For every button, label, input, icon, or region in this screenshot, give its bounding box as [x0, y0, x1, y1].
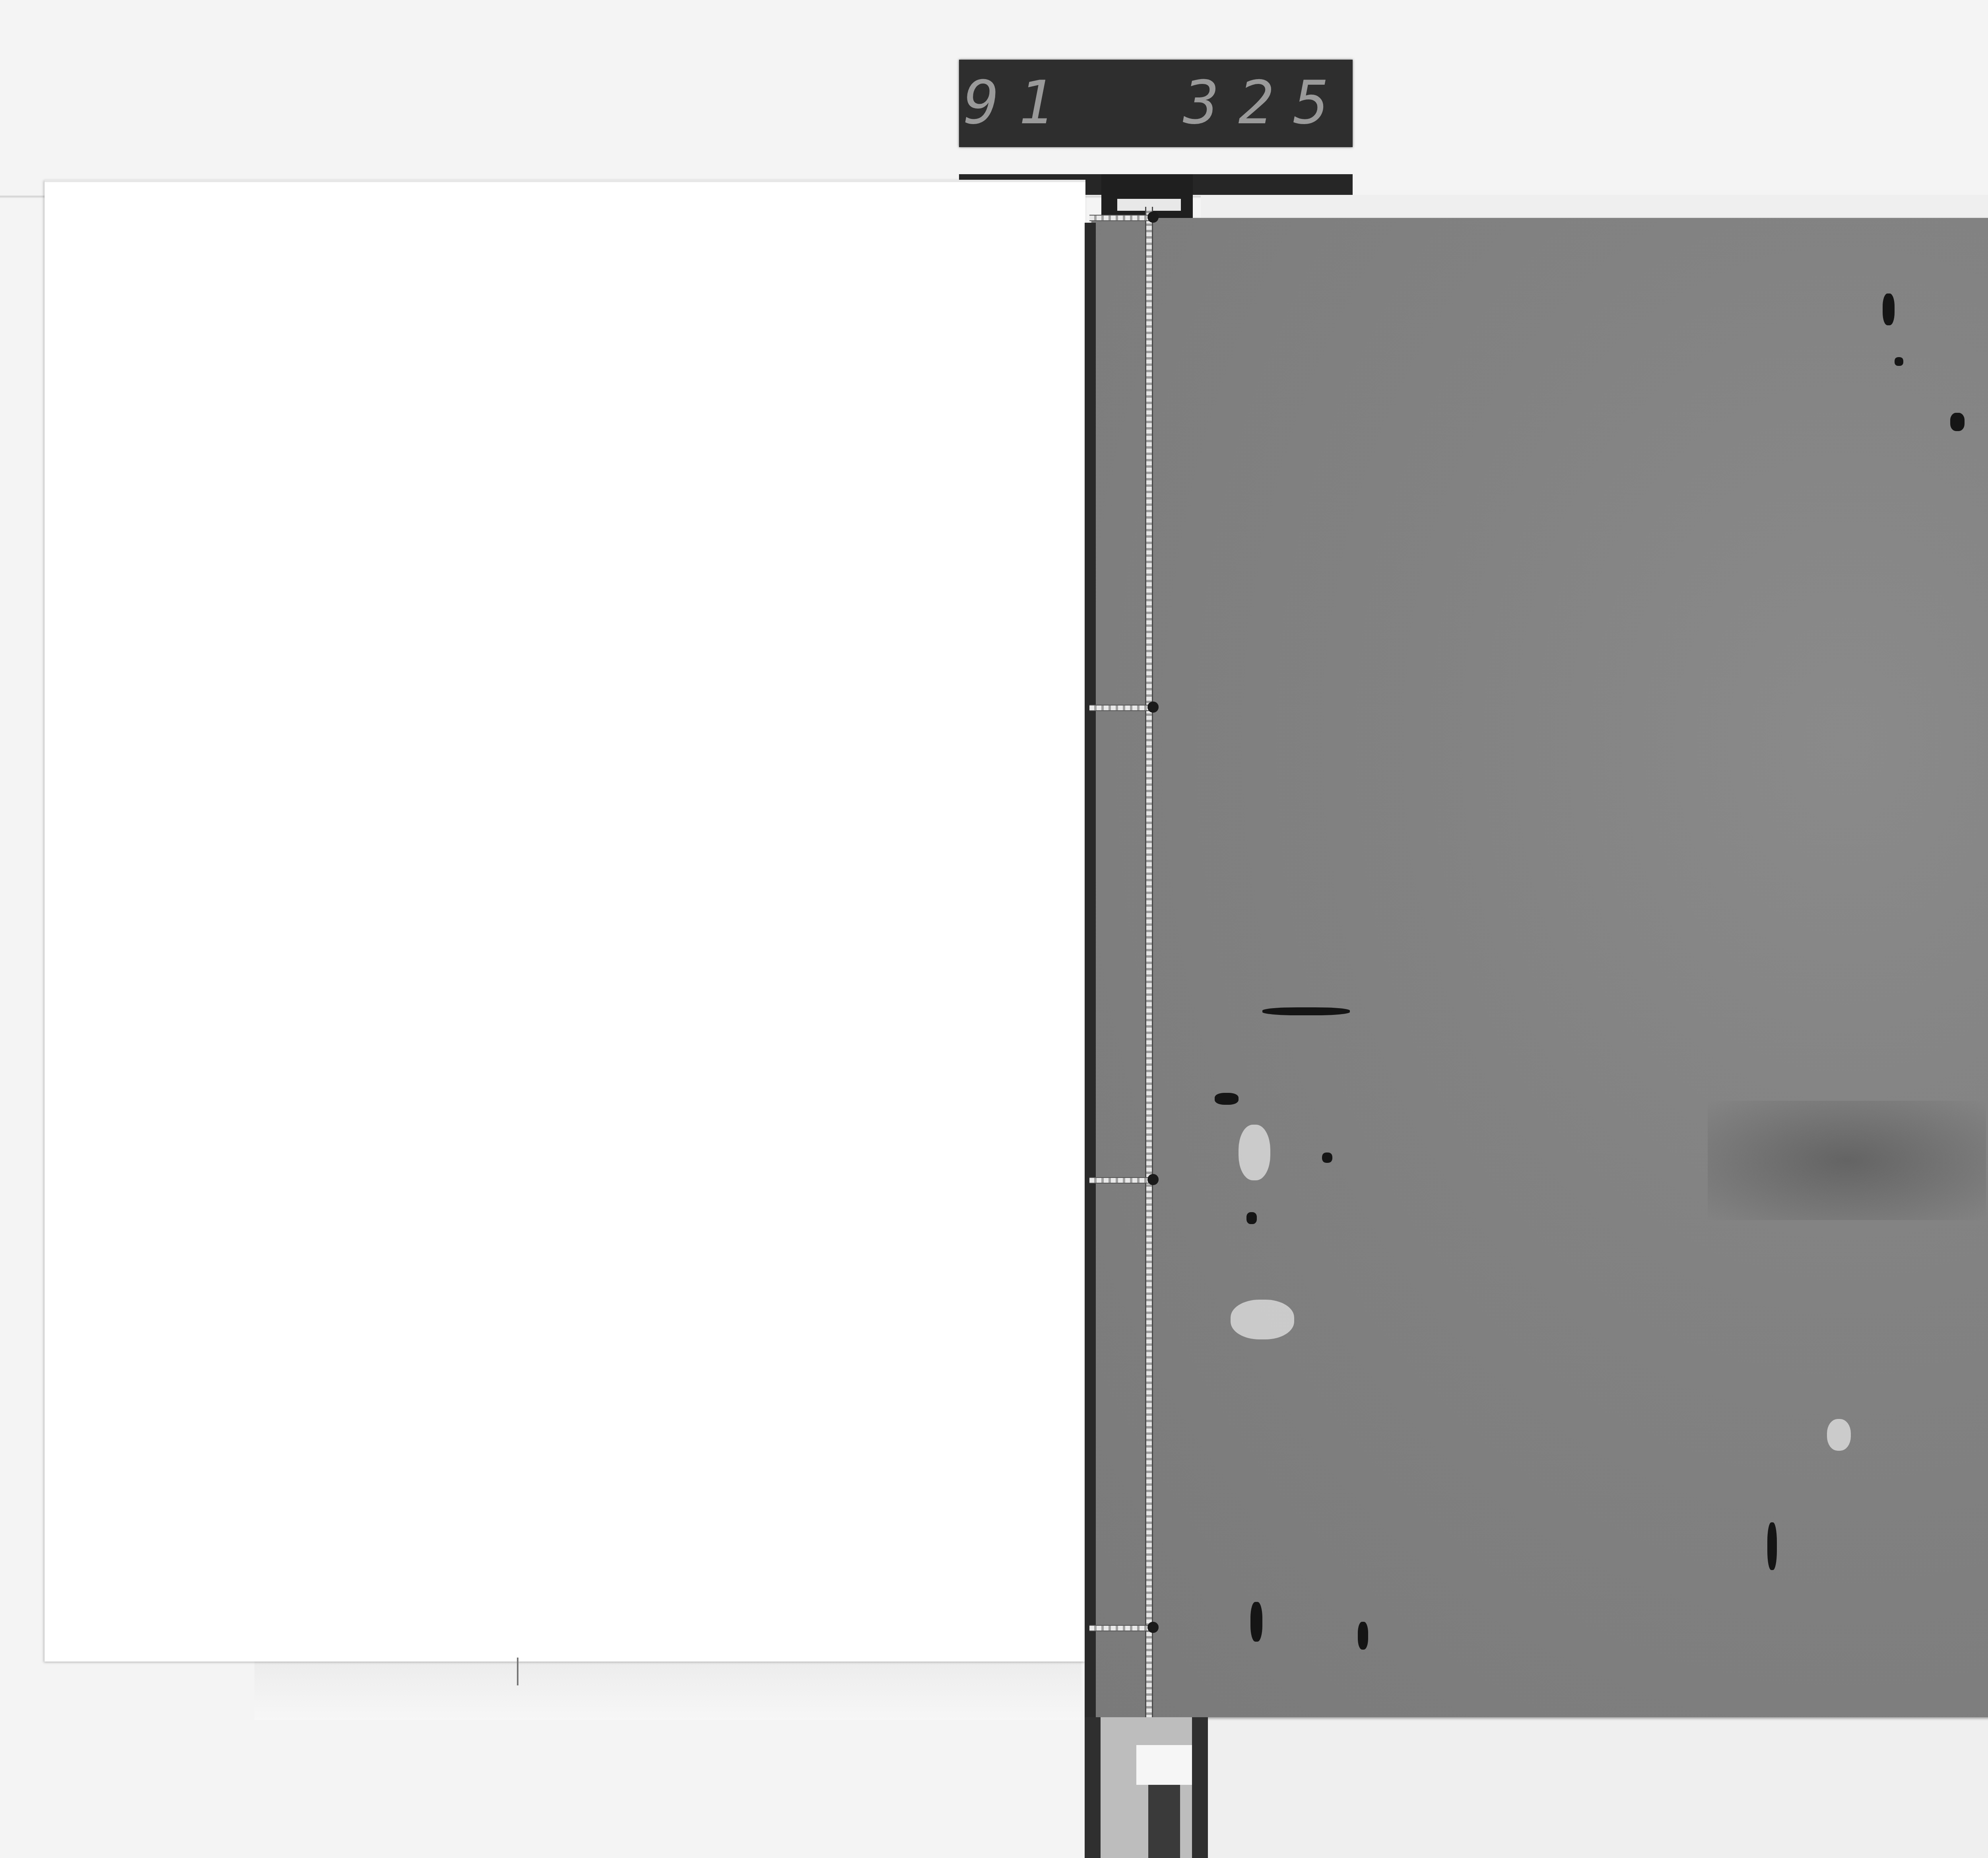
- damage-mark: [1215, 1093, 1239, 1105]
- damage-mark: [1950, 413, 1965, 431]
- damage-mark: [1246, 1212, 1257, 1224]
- clamp-shaft: [1148, 1785, 1180, 1858]
- damage-mark: [1895, 357, 1903, 366]
- bottom-clamp: [1085, 1717, 1208, 1858]
- binding-thread: [1145, 207, 1153, 1718]
- damage-mark: [1767, 1522, 1777, 1570]
- clamp-block: [1136, 1745, 1192, 1785]
- spine-edge: [1085, 223, 1096, 1718]
- frame-counter-panel: 91 325: [959, 60, 1353, 147]
- cover-stain: [1708, 1101, 1986, 1220]
- damage-mark: [1883, 293, 1895, 325]
- lower-page-edge: [254, 1659, 1081, 1720]
- binding-stitch: [1089, 1177, 1153, 1184]
- damage-mark: [1262, 1007, 1350, 1015]
- page-edge-mark: [517, 1658, 518, 1685]
- wear-spot: [1231, 1300, 1294, 1339]
- damage-mark: [1250, 1602, 1262, 1642]
- damage-mark: [1358, 1622, 1368, 1650]
- stitch-knot: [1147, 1622, 1159, 1633]
- stitch-knot: [1147, 212, 1159, 223]
- damage-mark: [1322, 1153, 1332, 1163]
- book-cover: [1091, 218, 1988, 1717]
- stitch-knot: [1147, 702, 1159, 713]
- frame-counter-text: 91 325: [959, 68, 1353, 138]
- left-blank-page: [45, 180, 1085, 1662]
- wear-spot: [1239, 1125, 1270, 1180]
- wear-spot: [1827, 1419, 1851, 1451]
- binding-stitch: [1089, 705, 1153, 711]
- binding-stitch: [1089, 1625, 1153, 1631]
- stitch-knot: [1147, 1174, 1159, 1185]
- binding-stitch: [1089, 215, 1153, 221]
